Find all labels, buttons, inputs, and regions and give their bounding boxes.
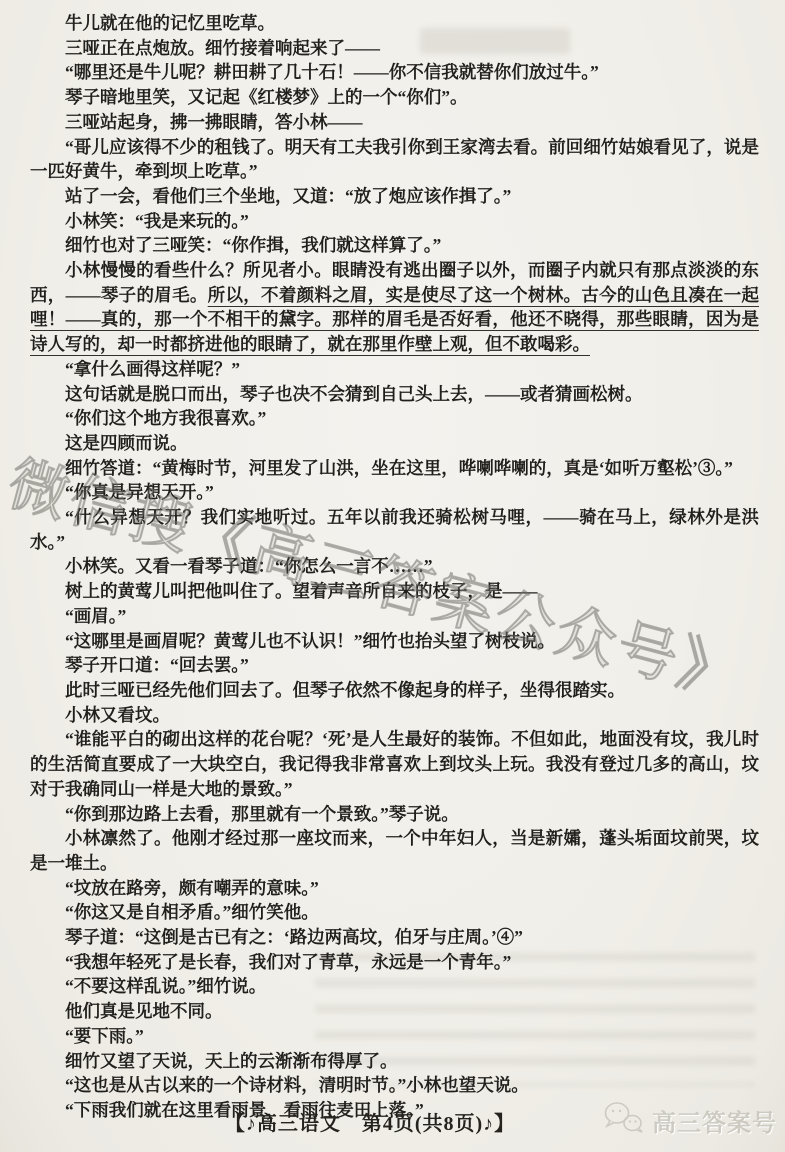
paragraph: “哥儿应该得不少的租钱了。明天有工夫我引你到王家湾去看。前回细竹姑娘看见了，说是… [30,135,759,184]
paragraph: 琴子开口道：“回去罢。” [30,653,759,678]
paragraph: “要下雨。” [30,1024,759,1049]
passage: 牛儿就在他的记忆里吃草。三哑正在点炮放。细竹接着响起来了——“哪里还是牛儿呢？耕… [30,11,759,1123]
stamp: 高三答案号 [601,1099,777,1142]
paragraph: “哪里还是牛儿呢？耕田耕了几十石！——你不信我就替你们放过牛。” [30,60,759,85]
stamp-label: 高三答案号 [652,1103,777,1138]
paragraph: 这是四顾而说。 [30,431,759,456]
paragraph: 细竹答道：“黄梅时节，河里发了山洪，坐在这里，哗喇哗喇的，真是‘如听万壑松’③。… [30,456,759,481]
paragraph: 琴子道：“这倒是古已有之：‘路边两高坟，伯牙与庄周。’④” [30,925,759,950]
paragraph: 三哑站起身，拂一拂眼睛，答小林—— [30,110,759,135]
paragraph: 小林笑。又看一看琴子道：“你怎么一言不……” [30,554,759,579]
paragraph: 琴子暗地里笑，又记起《红楼梦》上的一个“你们”。 [30,85,759,110]
paragraph: “你这又是自相矛盾。”细竹笑他。 [30,900,759,925]
paragraph: “不要这样乱说。”细竹说。 [30,974,759,999]
paragraph: 此时三哑已经先他们回去了。但琴子依然不像起身的样子，坐得很踏实。 [30,678,759,703]
paragraph: “你到那边路上去看，那里就有一个景致。”琴子说。 [30,802,759,827]
paragraph: “拿什么画得这样呢？” [30,357,759,382]
paragraph: 细竹也对了三哑笑：“你作揖，我们就这样算了。” [30,233,759,258]
paragraph: “这也是从古以来的一个诗材料，清明时节。”小林也望天说。 [30,1073,759,1098]
paragraph: 这句话就是脱口而出，琴子也决不会猜到自己头上去，——或者猜画松树。 [30,382,759,407]
paragraph: “坟放在路旁，颇有嘲弄的意味。” [30,876,759,901]
paragraph: 树上的黄莺儿叫把他叫住了。望着声音所自来的枝子，是—— [30,579,759,604]
paragraph: “画眉。” [30,604,759,629]
paragraph: “你真是异想天开。” [30,480,759,505]
scanned-exam-page: { "page": { "watermark": "微信搜《高三答案公众号》",… [0,0,785,1152]
paragraph: 他们真是见地不同。 [30,999,759,1024]
paragraph: “什么异想天开？我们实地听过。五年以前我还骑松树马哩，——骑在马上，绿林外是洪水… [30,505,759,554]
paragraph: “你们这个地方我很喜欢。” [30,406,759,431]
paragraph: 小林慢慢的看些什么？所见者小。眼睛没有逃出圈子以外，而圈子内就只有那点淡淡的东西… [30,258,759,357]
paragraph: 小林又看坟。 [30,703,759,728]
paragraph: 细竹又望了天说，天上的云渐渐布得厚了。 [30,1049,759,1074]
paragraph: “这哪里是画眉呢？黄莺儿也不认识！”细竹也抬头望了树枝说。 [30,629,759,654]
paragraph: 小林笑：“我是来玩的。” [30,209,759,234]
paragraph: 牛儿就在他的记忆里吃草。 [30,11,759,36]
paragraph: 小林凛然了。他刚才经过那一座坟而来，一个中年妇人，当是新孀，蓬头垢面坟前哭，坟是… [30,826,759,875]
paragraph: 站了一会，看他们三个坐地，又道：“放了炮应该作揖了。” [30,184,759,209]
paragraph: “我想年轻死了是长春，我们对了青草，永远是一个青年。” [30,950,759,975]
wechat-logo-icon [601,1099,647,1142]
paragraph: “谁能平白的砌出这样的花台呢？‘死’是人生最好的装饰。不但如此，地面没有坟，我儿… [30,727,759,801]
paragraph: 三哑正在点炮放。细竹接着响起来了—— [30,36,759,61]
